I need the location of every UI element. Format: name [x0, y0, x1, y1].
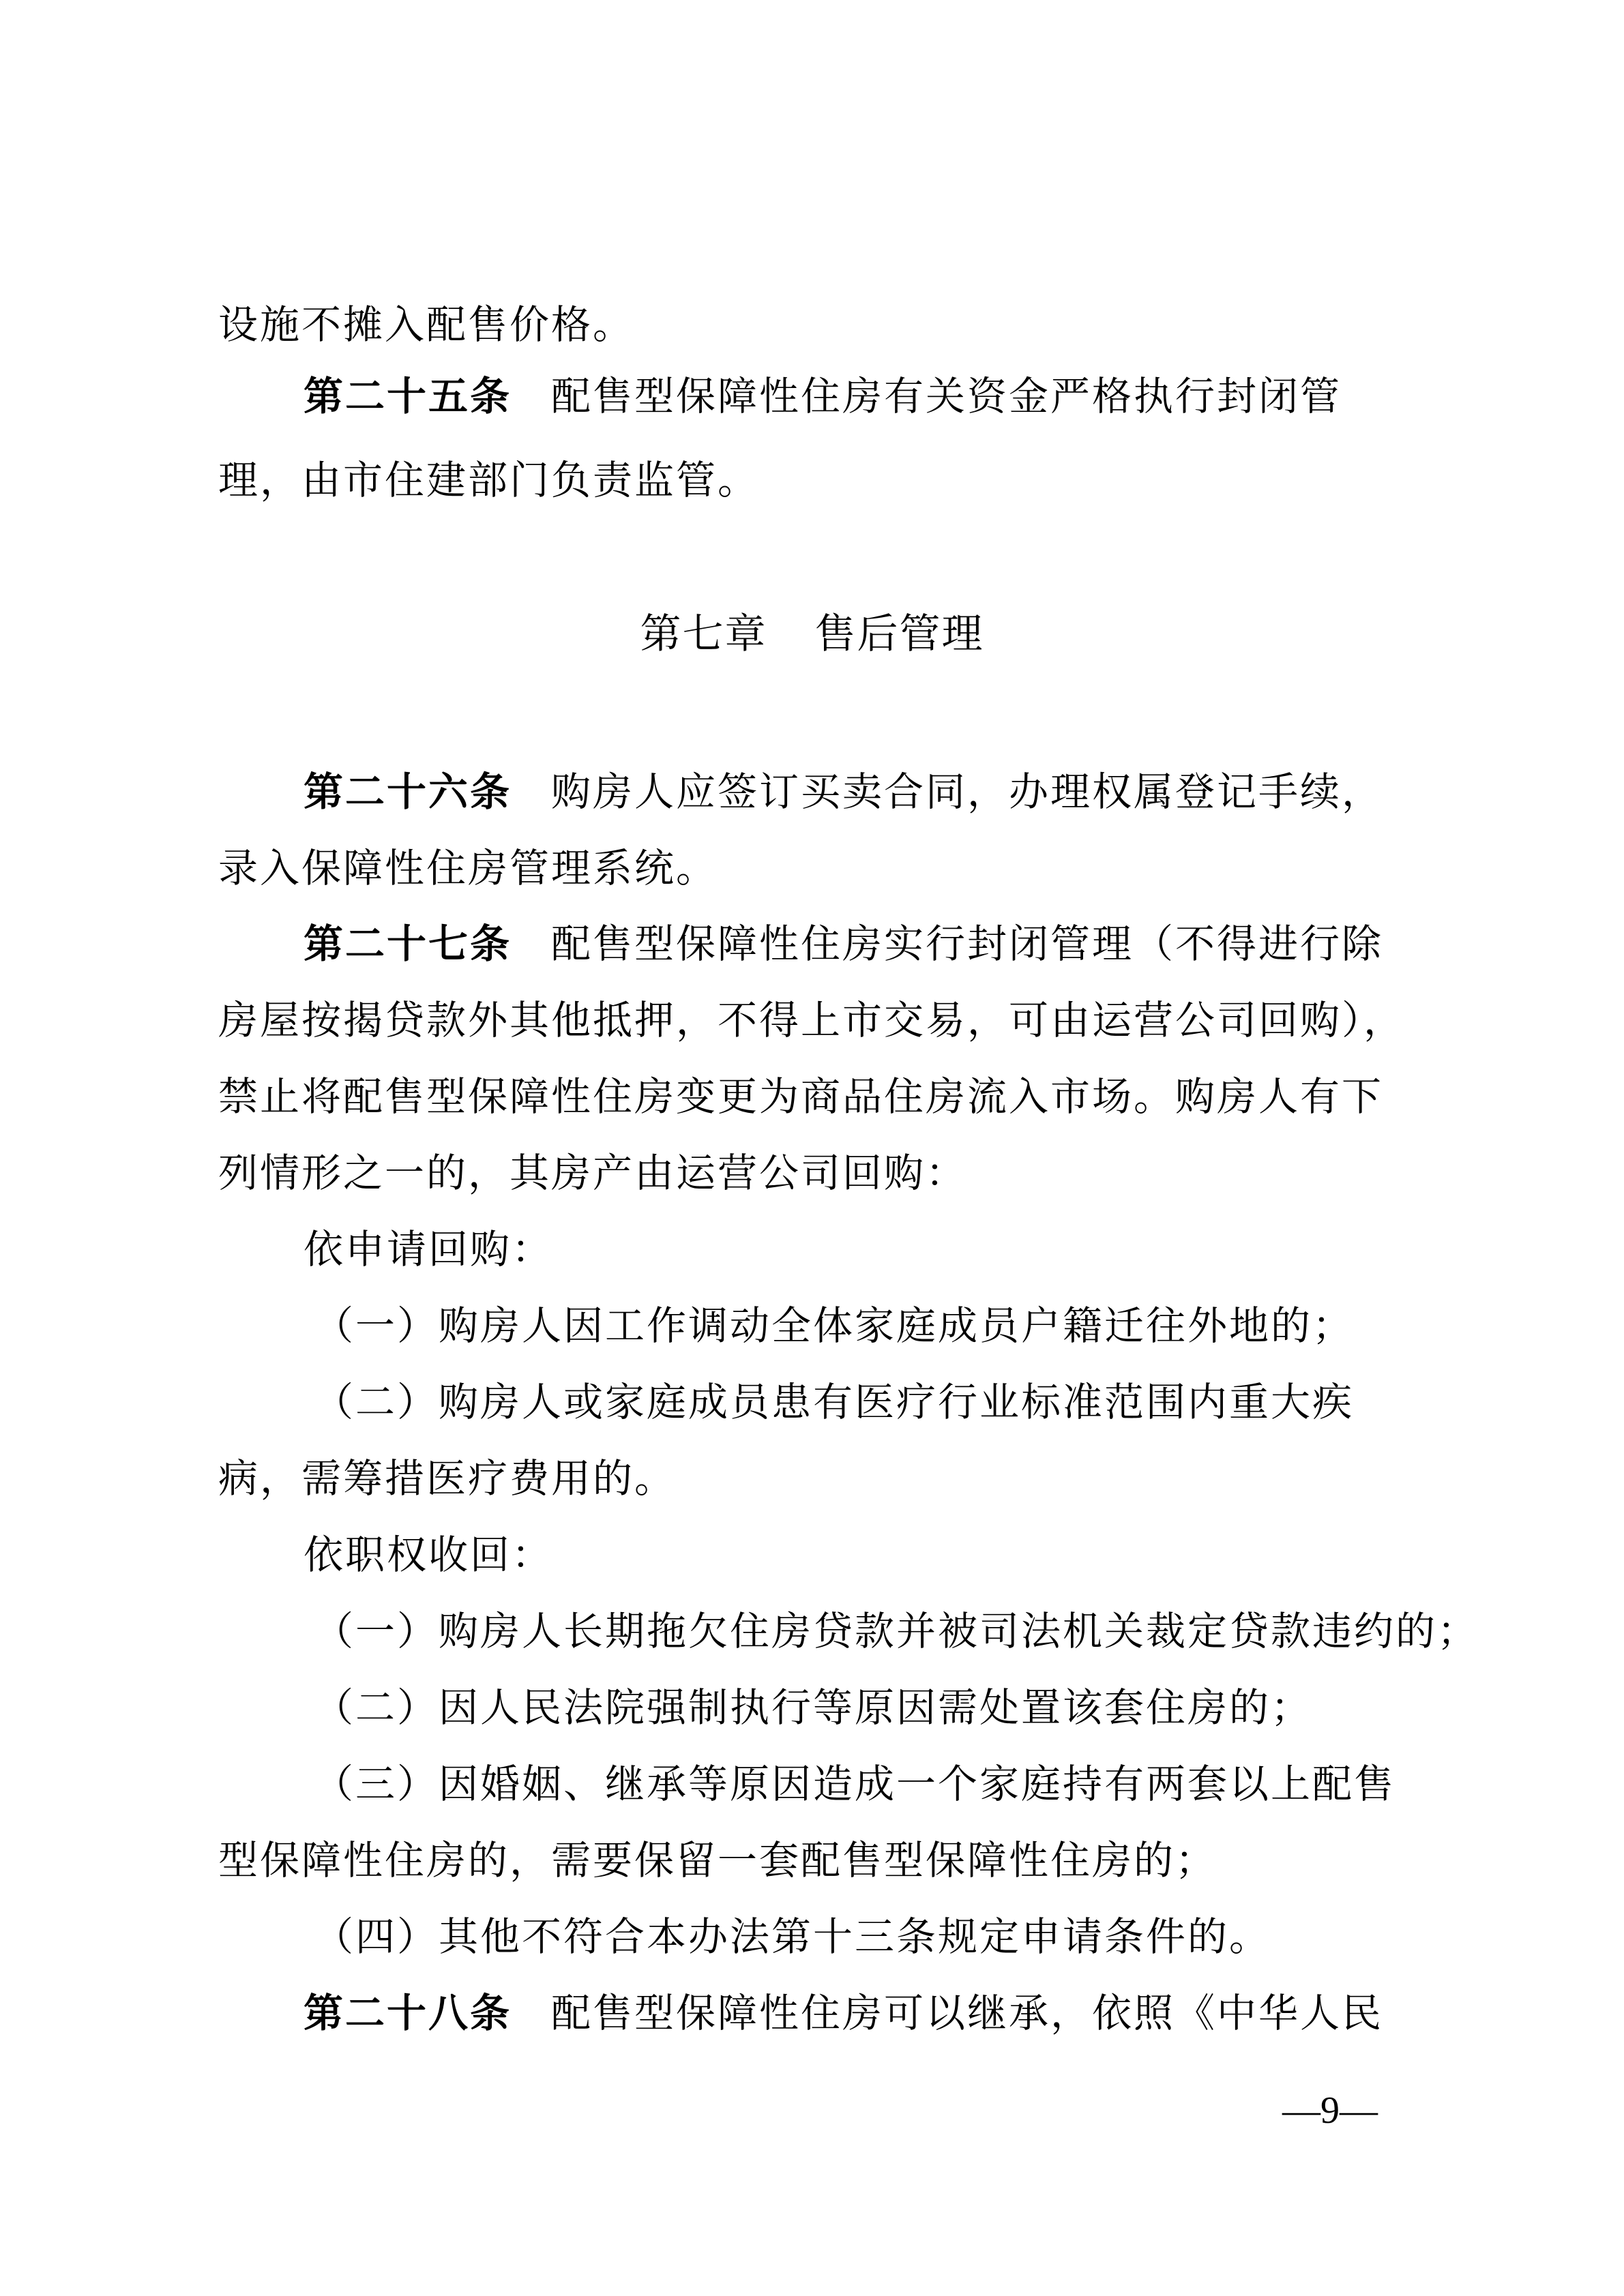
- line-text: 理，由市住建部门负责监管。: [218, 457, 759, 503]
- line-text: 购房人应签订买卖合同，办理权属登记手续，: [551, 769, 1383, 815]
- line-text: （二）因人民法院强制执行等原因需处置该套住房的；: [314, 1684, 1312, 1731]
- line-text: 配售型保障性住房实行封闭管理（不得进行除: [551, 921, 1383, 967]
- text-line: 禁止将配售型保障性住房变更为商品住房流入市场。购房人有下: [218, 1072, 1432, 1121]
- list-item: （二）购房人或家庭成员患有医疗行业标准范围内重大疾: [314, 1377, 1528, 1427]
- text-line: 录入保障性住房管理系统。: [218, 844, 1432, 893]
- list-item: （一）购房人因工作调动全体家庭成员户籍迁往外地的；: [314, 1301, 1528, 1350]
- article-26-line: 第二十六条购房人应签订买卖合同，办理权属登记手续，: [304, 767, 1518, 816]
- line-text: 录入保障性住房管理系统。: [218, 845, 718, 891]
- text-line: 设施不摊入配售价格。: [218, 300, 1432, 349]
- chapter-heading: 第七章售后管理: [0, 607, 1624, 661]
- line-text: 依申请回购：: [304, 1226, 553, 1272]
- article-27-line: 第二十七条配售型保障性住房实行封闭管理（不得进行除: [304, 919, 1518, 968]
- document-page: 设施不摊入配售价格。 第二十五条配售型保障性住房有关资金严格执行封闭管 理，由市…: [0, 0, 1624, 2296]
- list-item: （四）其他不符合本办法第十三条规定申请条件的。: [314, 1912, 1528, 1961]
- article-25-line: 第二十五条配售型保障性住房有关资金严格执行封闭管: [304, 372, 1518, 421]
- line-text: 设施不摊入配售价格。: [218, 301, 634, 348]
- line-text: 配售型保障性住房可以继承，依照《中华人民: [551, 1990, 1383, 2036]
- line-text: 禁止将配售型保障性住房变更为商品住房流入市场。购房人有下: [218, 1073, 1383, 1120]
- text-line: 型保障性住房的，需要保留一套配售型保障性住房的；: [218, 1836, 1432, 1885]
- list-item: （一）购房人长期拖欠住房贷款并被司法机关裁定贷款违约的；: [314, 1607, 1528, 1656]
- list-item: （三）因婚姻、继承等原因造成一个家庭持有两套以上配售: [314, 1759, 1528, 1808]
- page-number: —9—: [1282, 2087, 1378, 2134]
- article-28-line: 第二十八条配售型保障性住房可以继承，依照《中华人民: [304, 1988, 1518, 2038]
- line-text: （二）购房人或家庭成员患有医疗行业标准范围内重大疾: [314, 1379, 1354, 1425]
- list-item: （二）因人民法院强制执行等原因需处置该套住房的；: [314, 1683, 1528, 1732]
- text-line: 房屋按揭贷款外其他抵押，不得上市交易，可由运营公司回购），: [218, 996, 1432, 1045]
- article-heading: 第二十八条: [304, 1990, 512, 2036]
- chapter-number: 第七章: [640, 610, 767, 658]
- text-line: 病，需筹措医疗费用的。: [218, 1454, 1432, 1503]
- line-text: 配售型保障性住房有关资金严格执行封闭管: [551, 373, 1342, 419]
- line-text: 房屋按揭贷款外其他抵押，不得上市交易，可由运营公司回购），: [218, 997, 1405, 1043]
- text-line: 依职权收回：: [304, 1530, 1518, 1579]
- line-text: 依职权收回：: [304, 1532, 553, 1578]
- text-line: 依申请回购：: [304, 1225, 1518, 1274]
- article-heading: 第二十五条: [304, 373, 512, 419]
- chapter-title: 售后管理: [815, 610, 984, 658]
- line-text: （三）因婚姻、继承等原因造成一个家庭持有两套以上配售: [314, 1761, 1396, 1807]
- text-line: 列情形之一的，其房产由运营公司回购：: [218, 1148, 1432, 1197]
- line-text: （四）其他不符合本办法第十三条规定申请条件的。: [314, 1913, 1271, 1960]
- line-text: 列情形之一的，其房产由运营公司回购：: [218, 1150, 967, 1196]
- text-line: 理，由市住建部门负责监管。: [218, 456, 1432, 505]
- line-text: （一）购房人因工作调动全体家庭成员户籍迁往外地的；: [314, 1302, 1354, 1349]
- line-text: 型保障性住房的，需要保留一套配售型保障性住房的；: [218, 1837, 1217, 1883]
- article-heading: 第二十六条: [304, 769, 512, 815]
- line-text: （一）购房人长期拖欠住房贷款并被司法机关裁定贷款违约的；: [314, 1608, 1479, 1654]
- article-heading: 第二十七条: [304, 921, 512, 967]
- line-text: 病，需筹措医疗费用的。: [218, 1455, 676, 1502]
